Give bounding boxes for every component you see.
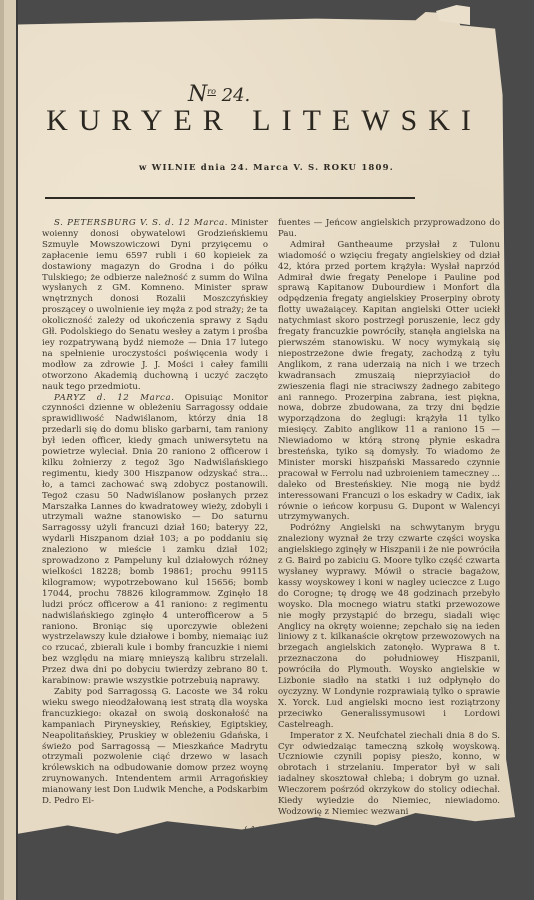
left-column: S. PETERSBURG V. S. d. 12 Marca. Ministe… — [42, 218, 268, 807]
article-paragraph: fuentes — Jeńcow angielskich przyprowadz… — [278, 218, 500, 240]
article-paragraph: Zabity pod Sarragossą G. Lacoste we 34 r… — [42, 687, 268, 807]
article-paragraph: Imperator z X. Neufchatel ziechali dnia … — [278, 731, 500, 818]
article-text: Opisuiąc Monitor czynności dzienne w obl… — [42, 393, 268, 687]
article-dateline: PARYZ d. 12 Marca. — [54, 393, 175, 403]
article-text: Imperator z X. Neufchatel ziechali dnia … — [278, 731, 500, 817]
binding-strip — [0, 0, 4, 900]
article-paragraph: PARYZ d. 12 Marca. Opisuiąc Monitor czyn… — [42, 393, 268, 687]
article-text: Minister woienny donosi obywatelowi Grod… — [42, 218, 268, 392]
newspaper-page: Nro 24. KURYER LITEWSKI w WILNIE dnia 24… — [18, 12, 515, 842]
article-paragraph: Podróżny Angielski na schwytanym brygu z… — [278, 523, 500, 730]
issue-suffix: ro — [207, 87, 216, 96]
article-text: fuentes — Jeńcow angielskich przyprowadz… — [278, 218, 500, 239]
issue-number-value: 24. — [222, 85, 251, 106]
page-number: ( 1 ) — [244, 826, 262, 836]
newspaper-title: KURYER LITEWSKI — [24, 104, 504, 138]
masthead-dateline: w WILNIE dnia 24. Marca V. S. ROKU 1809. — [18, 163, 515, 173]
article-text: Admirał Gantheaume przysłał z Tulonu wia… — [278, 240, 500, 523]
masthead-rule — [45, 197, 415, 199]
article-dateline: S. PETERSBURG V. S. d. 12 Marca. — [54, 218, 228, 228]
article-text: Zabity pod Sarragossą G. Lacoste we 34 r… — [42, 687, 268, 806]
article-text: Podróżny Angielski na schwytanym brygu z… — [278, 523, 500, 729]
article-paragraph: S. PETERSBURG V. S. d. 12 Marca. Ministe… — [42, 218, 268, 393]
article-paragraph: Admirał Gantheaume przysłał z Tulonu wia… — [278, 240, 500, 524]
binding-margin — [0, 0, 18, 900]
right-column: fuentes — Jeńcow angielskich przyprowadz… — [278, 218, 500, 818]
